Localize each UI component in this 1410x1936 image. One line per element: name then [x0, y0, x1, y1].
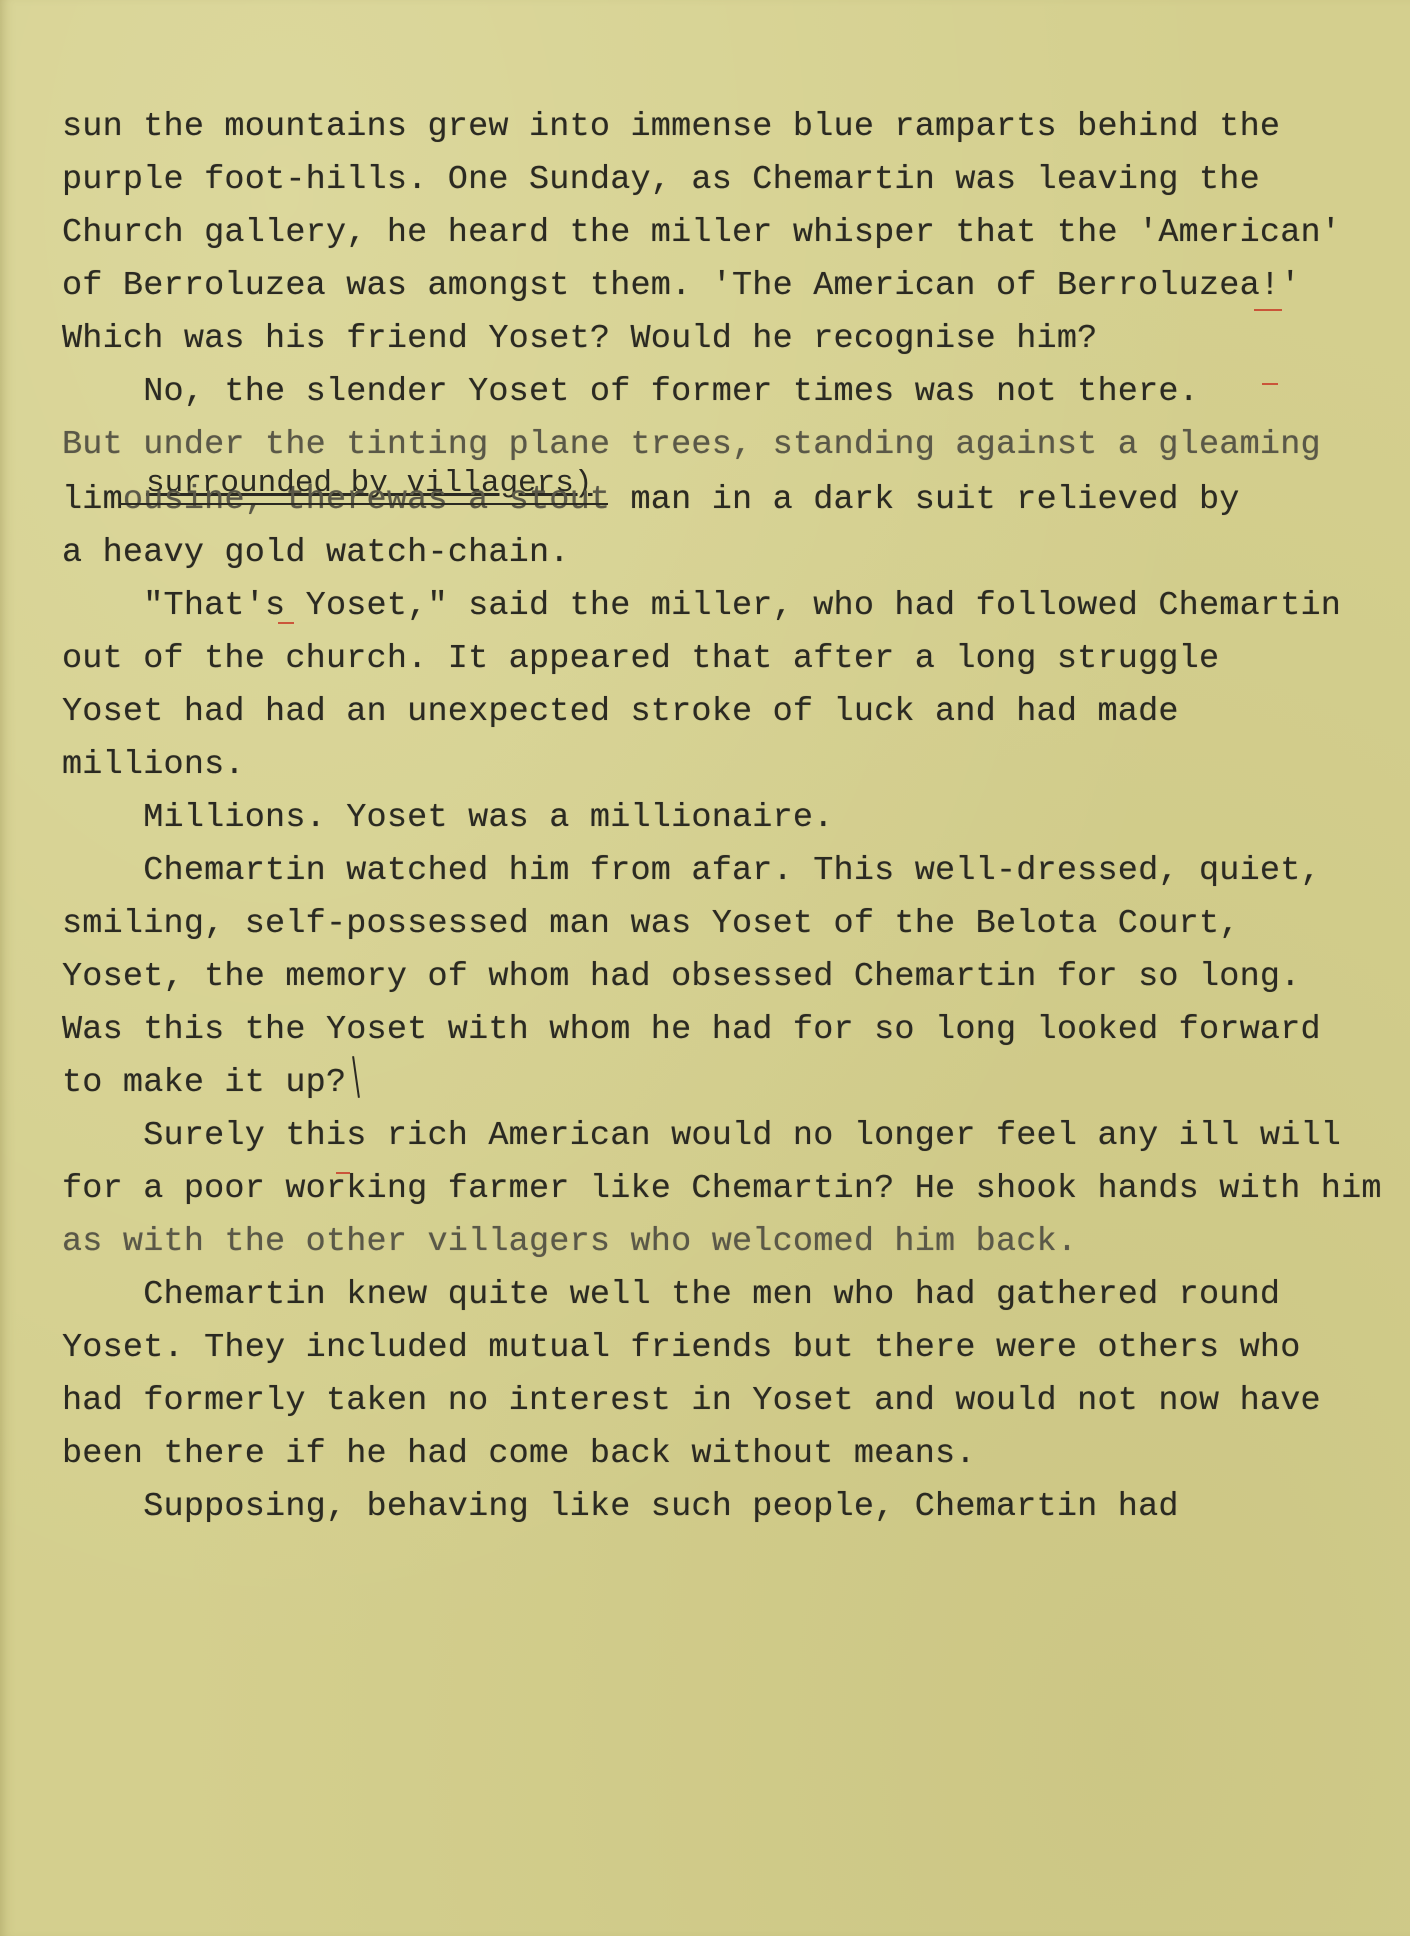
text-line: Surely this rich American would no longe…: [62, 1117, 1341, 1155]
text-line: Yoset, the memory of whom had obsessed C…: [62, 958, 1301, 996]
red-margin-mark: [1262, 383, 1278, 385]
text-line: to make it up?: [62, 1064, 346, 1102]
text-line: a heavy gold watch-chain.: [62, 534, 570, 572]
text-line: No, the slender Yoset of former times wa…: [62, 373, 1199, 411]
text-line: Yoset had had an unexpected stroke of lu…: [62, 693, 1179, 731]
struck-text: ousine, therewas a stout: [123, 481, 610, 519]
text-line: Church gallery, he heard the miller whis…: [62, 214, 1341, 252]
text-line: Which was his friend Yoset? Would he rec…: [62, 320, 1097, 358]
text-line: Yoset. They included mutual friends but …: [62, 1329, 1301, 1367]
text-line: But under the tinting plane trees, stand…: [62, 426, 1321, 464]
text-line: for a poor working farmer like Chemartin…: [62, 1170, 1382, 1208]
text-line: had formerly taken no interest in Yoset …: [62, 1382, 1321, 1420]
text-line: out of the church. It appeared that afte…: [62, 640, 1219, 678]
red-margin-mark: [1254, 309, 1282, 311]
text-line: Millions. Yoset was a millionaire.: [62, 799, 834, 837]
text-before-deletion: lim: [62, 481, 123, 519]
text-line: "That's Yoset," said the miller, who had…: [62, 587, 1341, 625]
text-line: smiling, self-possessed man was Yoset of…: [62, 905, 1240, 943]
text-line: of Berroluzea was amongst them. 'The Ame…: [62, 267, 1301, 305]
text-line: Chemartin watched him from afar. This we…: [62, 852, 1321, 890]
text-line-with-deletion: limousine, therewas a stout man in a dar…: [62, 481, 1240, 519]
text-line: Chemartin knew quite well the men who ha…: [62, 1276, 1280, 1314]
insertion-caret: [352, 1056, 360, 1098]
text-after-deletion: man in a dark suit relieved by: [610, 481, 1239, 519]
text-line: Supposing, behaving like such people, Ch…: [62, 1488, 1179, 1526]
text-line: been there if he had come back without m…: [62, 1435, 976, 1473]
typescript-page: sun the mountains grew into immense blue…: [0, 0, 1410, 1936]
text-line: sun the mountains grew into immense blue…: [62, 108, 1280, 146]
text-line: as with the other villagers who welcomed…: [62, 1223, 1077, 1261]
text-line: Was this the Yoset with whom he had for …: [62, 1011, 1321, 1049]
strikethrough-line: [120, 503, 608, 505]
text-line: millions.: [62, 746, 245, 784]
red-margin-mark: [278, 622, 294, 624]
text-line: purple foot-hills. One Sunday, as Chemar…: [62, 161, 1260, 199]
